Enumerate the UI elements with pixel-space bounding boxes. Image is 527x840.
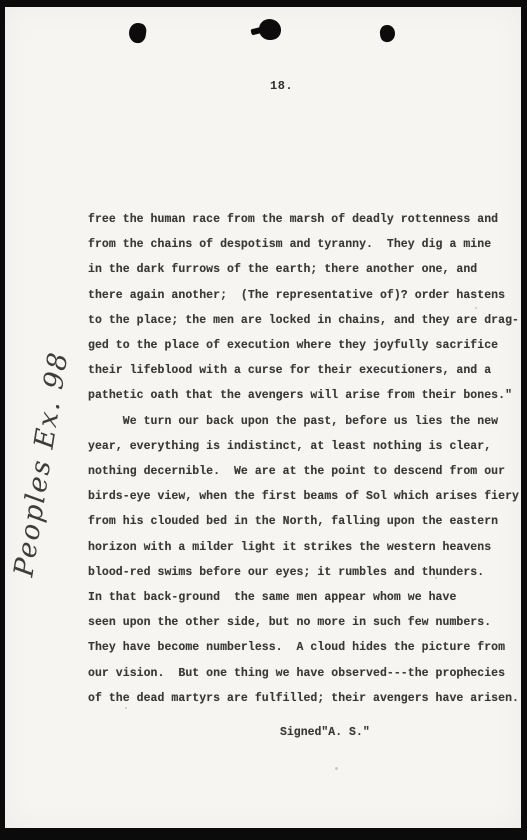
handwritten-exhibit-mark: Peoples Ex. 98 (5, 323, 82, 605)
text-line: In that back-ground the same men appear … (88, 585, 518, 610)
text-line: to the place; the men are locked in chai… (88, 308, 518, 333)
scanned-document: { "document": { "page_number": "18.", "m… (0, 0, 527, 840)
text-line: horizon with a milder light it strikes t… (88, 535, 518, 560)
text-line: their lifeblood with a curse for their e… (88, 358, 518, 383)
ink-blot-right (379, 24, 396, 42)
ink-blot-center (259, 19, 281, 40)
signature-line: Signed"A. S." (88, 725, 518, 741)
text-line: in the dark furrows of the earth; there … (88, 257, 518, 282)
text-line: there again another; (The representative… (88, 283, 518, 308)
ink-blot-left (128, 22, 148, 44)
text-line: year, everything is indistinct, at least… (88, 434, 518, 459)
text-line: seen upon the other side, but no more in… (88, 610, 518, 635)
body-text: free the human race from the marsh of de… (88, 207, 518, 741)
text-line: nothing decernible. We are at the point … (88, 459, 518, 484)
text-line: free the human race from the marsh of de… (88, 207, 518, 232)
text-line: blood-red swims before our eyes; it rumb… (88, 560, 518, 585)
text-line: We turn our back upon the past, before u… (88, 409, 518, 434)
text-line: from the chains of despotism and tyranny… (88, 232, 518, 257)
page-number: 18. (270, 79, 293, 93)
text-line: from his clouded bed in the North, falli… (88, 509, 518, 534)
text-line: birds-eye view, when the first beams of … (88, 484, 518, 509)
text-line: of the dead martyrs are fulfilled; their… (88, 686, 518, 711)
scan-speck (335, 767, 338, 770)
text-line: our vision. But one thing we have observ… (88, 661, 518, 686)
text-line: They have become numberless. A cloud hid… (88, 635, 518, 660)
paper-sheet: 18. Peoples Ex. 98 free the human race f… (5, 7, 521, 828)
text-line: ged to the place of execution where they… (88, 333, 518, 358)
text-line: pathetic oath that the avengers will ari… (88, 383, 518, 408)
